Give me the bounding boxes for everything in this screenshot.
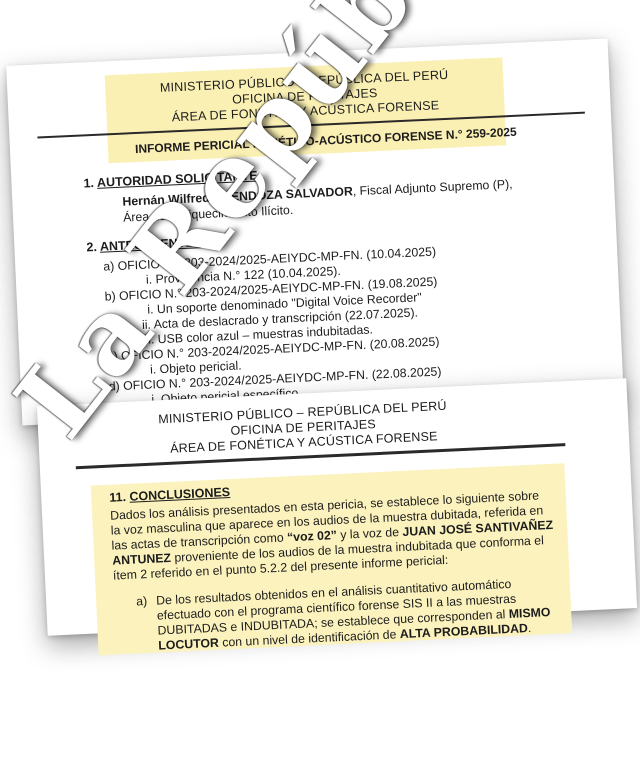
report-title: INFORME PERICIAL FONÉTICO-ACÚSTICO FOREN… <box>96 123 556 158</box>
antecedentes-list: a) OFICIO N.° 203-2024/2025-AEIYDC-MP-FN… <box>6 39 607 66</box>
document-page-1: MINISTERIO PÚBLICO – REPÚBLICA DEL PERÚ … <box>6 39 624 426</box>
conclusion-item-marker: a) <box>136 594 148 609</box>
document-page-2: MINISTERIO PÚBLICO – REPÚBLICA DEL PERÚ … <box>37 378 637 636</box>
header-highlight: MINISTERIO PÚBLICO – REPÚBLICA DEL PERÚ … <box>105 57 507 163</box>
section-1-title: 1. AUTORIDAD SOLICITANTE <box>83 169 258 191</box>
section-2-title: 2. ANTECEDENTES <box>86 235 202 254</box>
